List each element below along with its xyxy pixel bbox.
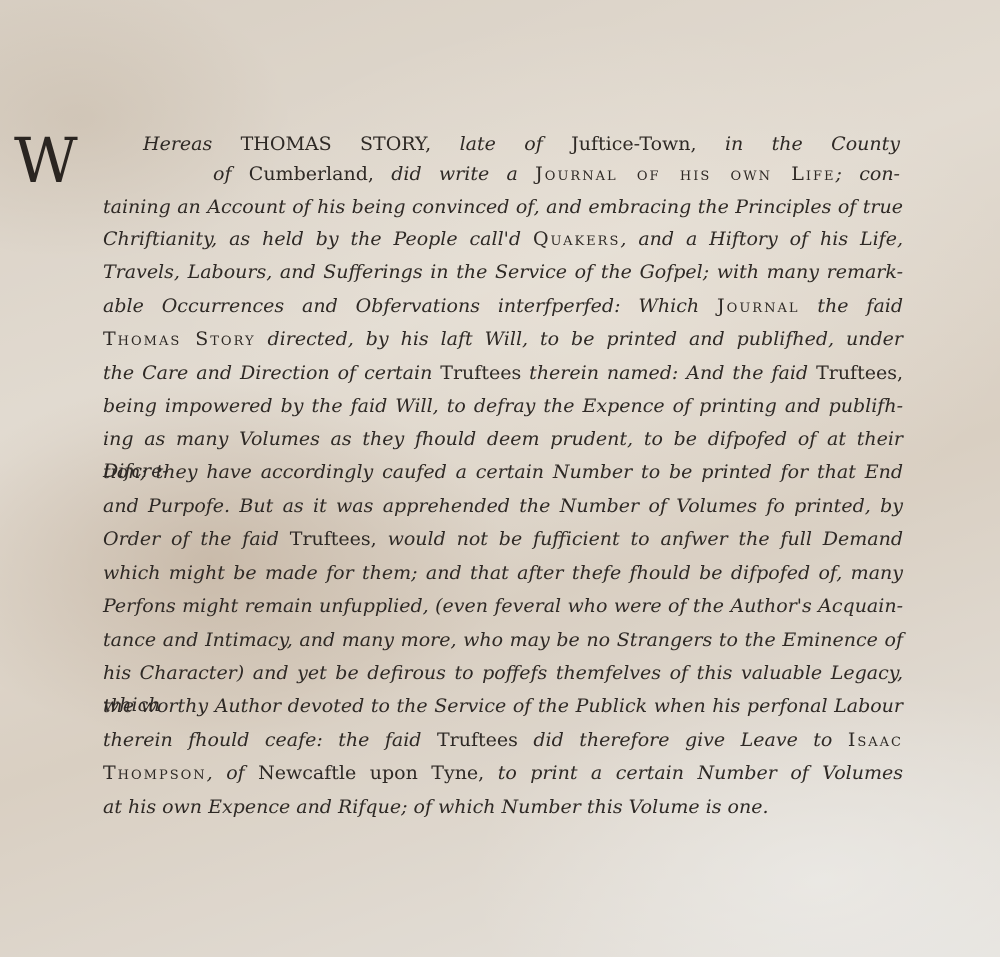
text-segment: to print a certain Number of Volumes (484, 762, 903, 784)
text-line: tance and Intimacy, and many more, who m… (103, 624, 903, 656)
text-line: taining an Account of his being convince… (103, 191, 903, 223)
text-segment: therein named: And the faid (521, 362, 816, 384)
text-segment: tion; they have accordingly caufed a cer… (103, 461, 903, 483)
text-segment: Newcaftle upon Tyne, (258, 762, 484, 784)
text-segment: tance and Intimacy, and many more, who m… (103, 629, 903, 651)
text-segment: Quakers (533, 228, 620, 250)
text-segment: late of (431, 133, 571, 155)
text-segment: did therefore give Leave to (518, 729, 848, 751)
text-line: which might be made for them; and that a… (103, 557, 903, 589)
text-segment: the worthy Author devoted to the Service… (103, 695, 903, 717)
text-line: Perfons might remain unfupplied, (even f… (103, 590, 903, 622)
text-segment: therein fhould ceafe: the faid (103, 729, 437, 751)
text-segment: the faid (799, 295, 903, 317)
text-segment: Isaac (848, 729, 903, 751)
text-segment: THOMAS STORY, (241, 133, 432, 155)
text-segment: and Purpofe. But as it was apprehended t… (103, 495, 903, 517)
text-line: being impowered by the faid Will, to def… (103, 390, 903, 422)
text-segment: taining an Account of his being convince… (103, 196, 903, 218)
text-line: at his own Expence and Rifque; of which … (103, 791, 769, 823)
text-segment: did write a (374, 163, 535, 185)
text-segment: Truftees, (290, 528, 377, 550)
text-line: and Purpofe. But as it was apprehended t… (103, 490, 903, 522)
text-line: tion; they have accordingly caufed a cer… (103, 456, 903, 488)
text-segment: ; con- (836, 163, 900, 185)
text-segment: , of (207, 762, 258, 784)
text-line: Thompson, of Newcaftle upon Tyne, to pri… (103, 757, 903, 789)
text-segment: Cumberland, (249, 163, 374, 185)
text-segment: directed, by his laft Will, to be printe… (256, 328, 903, 350)
text-line: Thomas Story directed, by his laft Will,… (103, 323, 903, 355)
text-segment: being impowered by the faid Will, to def… (103, 395, 903, 417)
text-segment: Truftees (437, 729, 518, 751)
text-line: his Character) and yet be defirous to po… (103, 657, 903, 689)
text-segment: Perfons might remain unfupplied, (even f… (103, 595, 903, 617)
text-line: Chriftianity, as held by the People call… (103, 223, 903, 255)
text-segment: able Occurrences and Obfervations interf… (103, 295, 717, 317)
text-segment: Journal of his own Life (535, 163, 835, 185)
text-line: ing as many Volumes as they fhould deem … (103, 423, 903, 455)
text-line: the worthy Author devoted to the Service… (103, 690, 903, 722)
text-segment: the Care and Direction of certain (103, 362, 440, 384)
text-line: able Occurrences and Obfervations interf… (103, 290, 903, 322)
text-segment: Truftees (440, 362, 521, 384)
text-line: of Cumberland, did write a Journal of hi… (213, 158, 900, 190)
printed-page: W Hereas THOMAS STORY, late of Juftice-T… (0, 0, 1000, 957)
text-segment: Chriftianity, as held by the People call… (103, 228, 533, 250)
text-segment: Truftees, (816, 362, 903, 384)
text-segment: Thomas Story (103, 328, 256, 350)
text-segment: in the County (697, 133, 900, 155)
text-segment: Journal (717, 295, 799, 317)
text-line: Travels, Labours, and Sufferings in the … (103, 256, 903, 288)
text-segment: Juftice-Town, (571, 133, 696, 155)
text-segment: would not be fufficient to anfwer the fu… (377, 528, 903, 550)
text-segment: Hereas (143, 133, 241, 155)
drop-cap: W (14, 130, 78, 192)
text-segment: at his own Expence and Rifque; of which … (103, 796, 769, 818)
text-segment: , and a Hiftory of his Life, (620, 228, 903, 250)
text-line: Order of the faid Truftees, would not be… (103, 523, 903, 555)
text-line: therein fhould ceafe: the faid Truftees … (103, 724, 903, 756)
text-line: Hereas THOMAS STORY, late of Juftice-Tow… (143, 128, 900, 160)
text-segment: which might be made for them; and that a… (103, 562, 903, 584)
text-segment: Order of the faid (103, 528, 290, 550)
text-segment: Thompson (103, 762, 207, 784)
text-segment: Travels, Labours, and Sufferings in the … (103, 261, 903, 283)
text-line: the Care and Direction of certain Trufte… (103, 357, 903, 389)
text-segment: of (213, 163, 249, 185)
